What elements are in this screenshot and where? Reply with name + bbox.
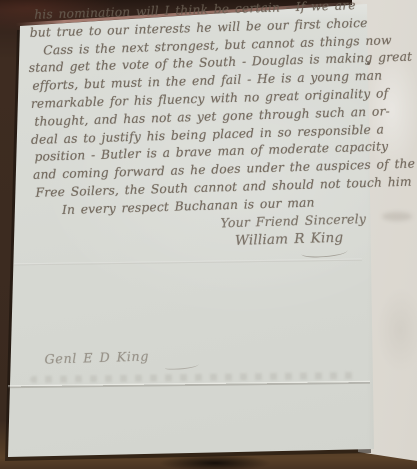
addressee-line: Genl E D King (44, 349, 149, 370)
handwritten-text-layer: his nomination will I think be certain -… (26, 0, 390, 220)
bleedthrough-smudge (382, 212, 412, 221)
letter-photograph: his nomination will I think be certain -… (0, 0, 417, 469)
